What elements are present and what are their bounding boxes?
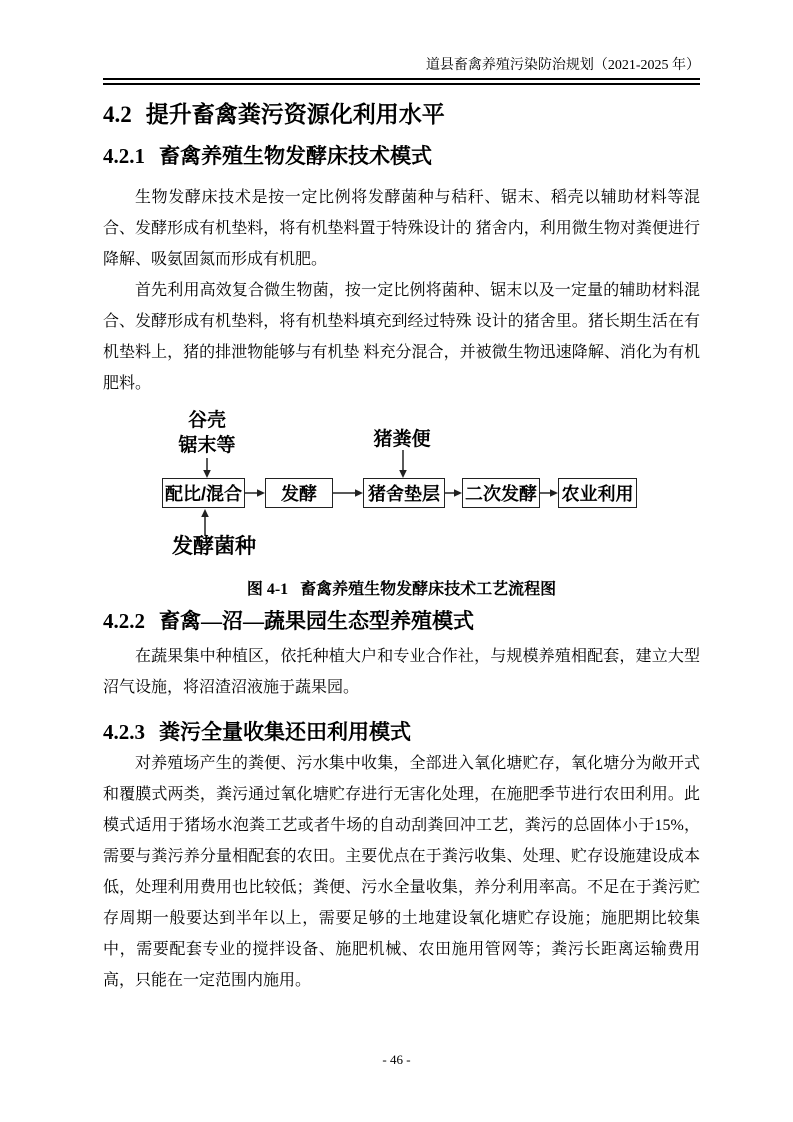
heading-4-2-1-text: 畜禽养殖生物发酵床技术模式 [159,144,432,168]
heading-4-2-2-text: 畜禽—沼—蔬果园生态型养殖模式 [159,609,474,633]
heading-4-2-1-number: 4.2.1 [103,144,145,168]
flow-box-pigsty-bedding: 猪舍垫层 [363,478,445,508]
flow-input-husk-line1: 谷壳 [157,408,257,433]
flow-box-agricultural-use: 农业利用 [558,478,637,508]
flow-input-husk-line2: 锯末等 [157,433,257,458]
paragraph-4-2-1-a: 生物发酵床技术是按一定比例将发酵菌种与秸秆、锯末、稻壳以辅助材料等混合、发酵形成… [103,182,700,275]
flow-box-secondary-fermentation: 二次发酵 [462,478,540,508]
flow-input-pig-manure: 猪粪便 [352,427,452,452]
paragraph-4-2-2: 在蔬果集中种植区，依托种植大户和专业合作社，与规模养殖相配套，建立大型沼气设施，… [103,641,700,703]
heading-4-2-2: 4.2.2畜禽—沼—蔬果园生态型养殖模式 [103,605,474,635]
heading-4-2-1: 4.2.1畜禽养殖生物发酵床技术模式 [103,140,432,170]
figure-4-1-flowchart: 谷壳 锯末等 猪粪便 发酵菌种 配比/混合 发酵 猪舍垫层 二次发酵 农业利用 [0,405,793,570]
paragraph-4-2-3: 对养殖场产生的粪便、污水集中收集，全部进入氧化塘贮存，氧化塘分为敞开式和覆膜式两… [103,748,700,996]
heading-4-2-3-number: 4.2.3 [103,720,145,744]
heading-4-2: 4.2提升畜禽粪污资源化利用水平 [103,96,445,129]
document-page: 道县畜禽养殖污染防治规划（2021-2025 年） 4.2提升畜禽粪污资源化利用… [0,0,793,1122]
flow-input-husk-sawdust: 谷壳 锯末等 [157,408,257,458]
page-header-title: 道县畜禽养殖污染防治规划（2021-2025 年） [103,54,700,74]
paragraph-4-2-1-b: 首先利用高效复合微生物菌，按一定比例将菌种、锯末以及一定量的辅助材料混合、发酵形… [103,275,700,399]
flow-box-mixing: 配比/混合 [162,478,245,508]
heading-4-2-text: 提升畜禽粪污资源化利用水平 [146,102,445,127]
heading-4-2-2-number: 4.2.2 [103,609,145,633]
heading-4-2-number: 4.2 [103,102,132,127]
flow-box-fermentation: 发酵 [265,478,333,508]
figure-4-1-caption-number: 图 4-1 [247,581,288,598]
page-number: - 46 - [0,1052,793,1068]
flow-input-ferment-strain: 发酵菌种 [164,534,264,559]
figure-4-1-caption: 图 4-1畜禽养殖生物发酵床技术工艺流程图 [103,576,700,599]
heading-4-2-3: 4.2.3粪污全量收集还田利用模式 [103,716,411,746]
figure-4-1-caption-text: 畜禽养殖生物发酵床技术工艺流程图 [300,581,556,598]
heading-4-2-3-text: 粪污全量收集还田利用模式 [159,720,411,744]
header-double-rule [103,78,700,85]
